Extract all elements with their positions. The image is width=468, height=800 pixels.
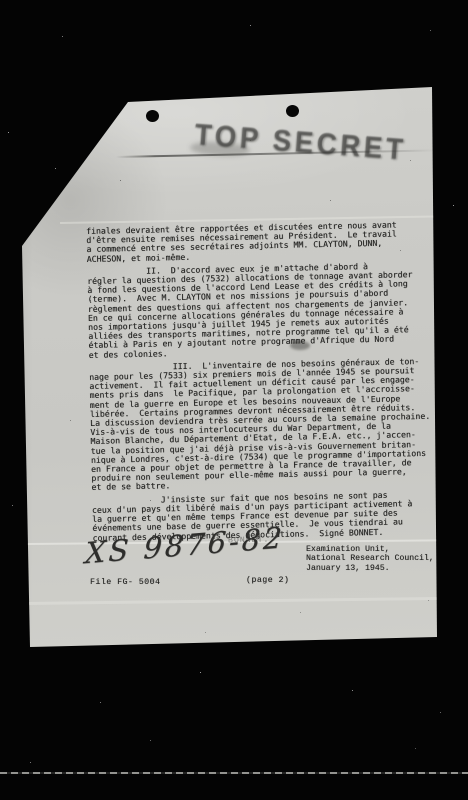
scan-artifact-line bbox=[0, 772, 468, 774]
film-dust-specks bbox=[0, 0, 1, 1]
punch-hole-icon bbox=[146, 110, 159, 122]
paragraph-ii: II. D'accord avec eux je m'attache d'abo… bbox=[87, 260, 447, 360]
paragraph-iii: III. L'inventaire de nos besoins générau… bbox=[89, 356, 450, 492]
page-number-label: (page 2) bbox=[246, 576, 289, 585]
paragraph-intro: finales devraient être rapportées et dis… bbox=[86, 220, 445, 264]
scanned-document-frame: TOP SECRET finales devraient être rappor… bbox=[0, 0, 468, 800]
typed-body: finales devraient être rapportées et dis… bbox=[86, 220, 451, 547]
document-page: TOP SECRET finales devraient être rappor… bbox=[0, 0, 468, 800]
ink-blot bbox=[290, 341, 310, 350]
file-number: File FG- 5004 bbox=[90, 578, 160, 587]
attribution-block: Examination Unit, National Research Coun… bbox=[306, 545, 434, 573]
punch-hole-icon bbox=[286, 105, 299, 117]
